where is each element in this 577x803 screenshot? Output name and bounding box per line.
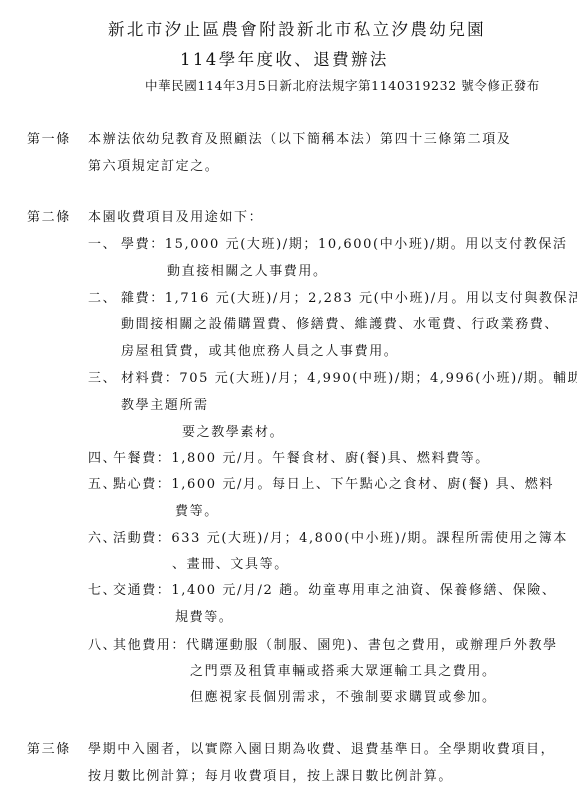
article-3-label: 第三條 — [27, 743, 71, 756]
item-6-line-2: 、畫冊、文具等。 — [172, 558, 289, 571]
item-6-line-1: 活動費：633 元(大班)/月；4,800(中小班)/期。課程所需使用之簿本 — [113, 532, 568, 545]
item-1-number: 一、 — [88, 238, 117, 251]
item-3-line-2: 教學主題所需 — [121, 399, 209, 412]
item-1-line-2: 動直接相關之人事費用。 — [167, 265, 328, 278]
item-8-line-1: 其他費用：代購運動服（制服、園兜)、書包之費用，或辦理戶外教學 — [113, 639, 558, 652]
item-7-line-2: 規費等。 — [175, 611, 233, 624]
article-2-intro: 本園收費項目及用途如下： — [88, 211, 263, 224]
article-1-line-1: 本辦法依幼兒教育及照顧法（以下簡稱本法）第四十三條第二項及 — [88, 133, 511, 146]
title-line-2: 114學年度收、退費辦法 — [180, 52, 389, 69]
title-line-1: 新北市汐止區農會附設新北市私立汐農幼兒園 — [108, 22, 486, 39]
article-3-line-2: 按月數比例計算；每月收費項目，按上課日數比例計算。 — [88, 770, 453, 783]
item-3-line-3: 要之教學素材。 — [182, 426, 284, 439]
item-5-line-1: 點心費：1,600 元/月。每日上、下午點心之食材、廚(餐) 具、燃料 — [113, 478, 554, 491]
item-4-line-1: 午餐費：1,800 元/月。午餐食材、廚(餐)具、燃料費等。 — [113, 452, 490, 465]
item-5-line-2: 費等。 — [175, 505, 219, 518]
article-2-label: 第二條 — [27, 211, 71, 224]
item-1-line-1: 學費：15,000 元(大班)/期；10,600(中小班)/期。用以支付教保活 — [121, 238, 568, 251]
article-3-line-1: 學期中入園者，以實際入園日期為收費、退費基準日。全學期收費項目， — [88, 743, 555, 756]
item-2-line-3: 房屋租賃費，或其他庶務人員之人事費用。 — [121, 345, 398, 358]
item-2-number: 二、 — [88, 292, 117, 305]
item-8-line-2: 之門票及租賃車輛或搭乘大眾運輸工具之費用。 — [190, 665, 497, 678]
item-3-number: 三、 — [88, 372, 117, 385]
item-8-line-3: 但應視家長個別需求，不強制要求購買或參加。 — [190, 691, 497, 704]
item-2-line-2: 動間接相關之設備購置費、修繕費、維護費、水電費、行政業務費、 — [121, 318, 559, 331]
item-2-line-1: 雜費：1,716 元(大班)/月；2,283 元(中小班)/月。用以支付與教保活 — [121, 292, 577, 305]
article-1-line-2: 第六項規定訂定之。 — [88, 160, 219, 173]
decree-line: 中華民國114年3月5日新北府法規字第1140319232 號令修正發布 — [145, 80, 540, 93]
item-7-line-1: 交通費：1,400 元/月/2 趟。幼童專用車之油資、保養修繕、保險、 — [113, 584, 557, 597]
item-3-line-1: 材料費：705 元(大班)/月；4,990(中班)/期；4,996(小班)/期。… — [121, 372, 577, 385]
article-1-label: 第一條 — [27, 133, 71, 146]
